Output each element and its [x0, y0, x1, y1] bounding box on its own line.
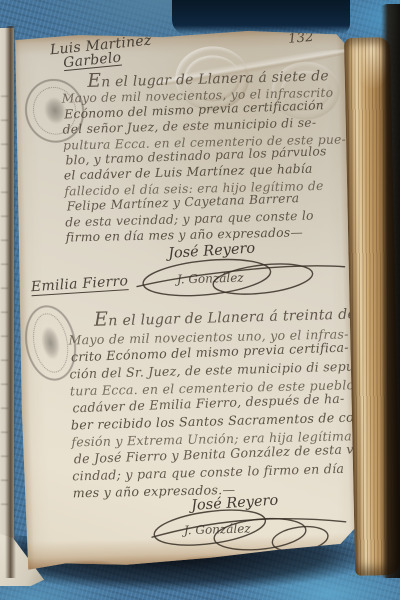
entry-2-text: En el lugar de Llanera á treinta de Mayo… [68, 303, 367, 501]
book-gutter-shadow [5, 26, 16, 578]
rubric-name: J. González [174, 271, 245, 287]
rubric-name: J. González [181, 521, 252, 537]
signature-block-entry-1: José Reyero J. González [134, 237, 356, 300]
register-page: 132 Luis Martinez Garbelo En el lugar de… [10, 27, 365, 570]
margin-name-entry-1: Luis Martinez Garbelo [49, 33, 153, 73]
book-edge-shadow [381, 4, 400, 578]
entry-1-text: En el lugar de Llanera á siete de Mayo d… [61, 66, 358, 246]
photo-of-register-page: 132 Luis Martinez Garbelo En el lugar de… [0, 0, 400, 600]
dark-fabric-fold [172, 0, 350, 34]
margin-name-entry-2: Emilia Fierro [31, 273, 129, 295]
